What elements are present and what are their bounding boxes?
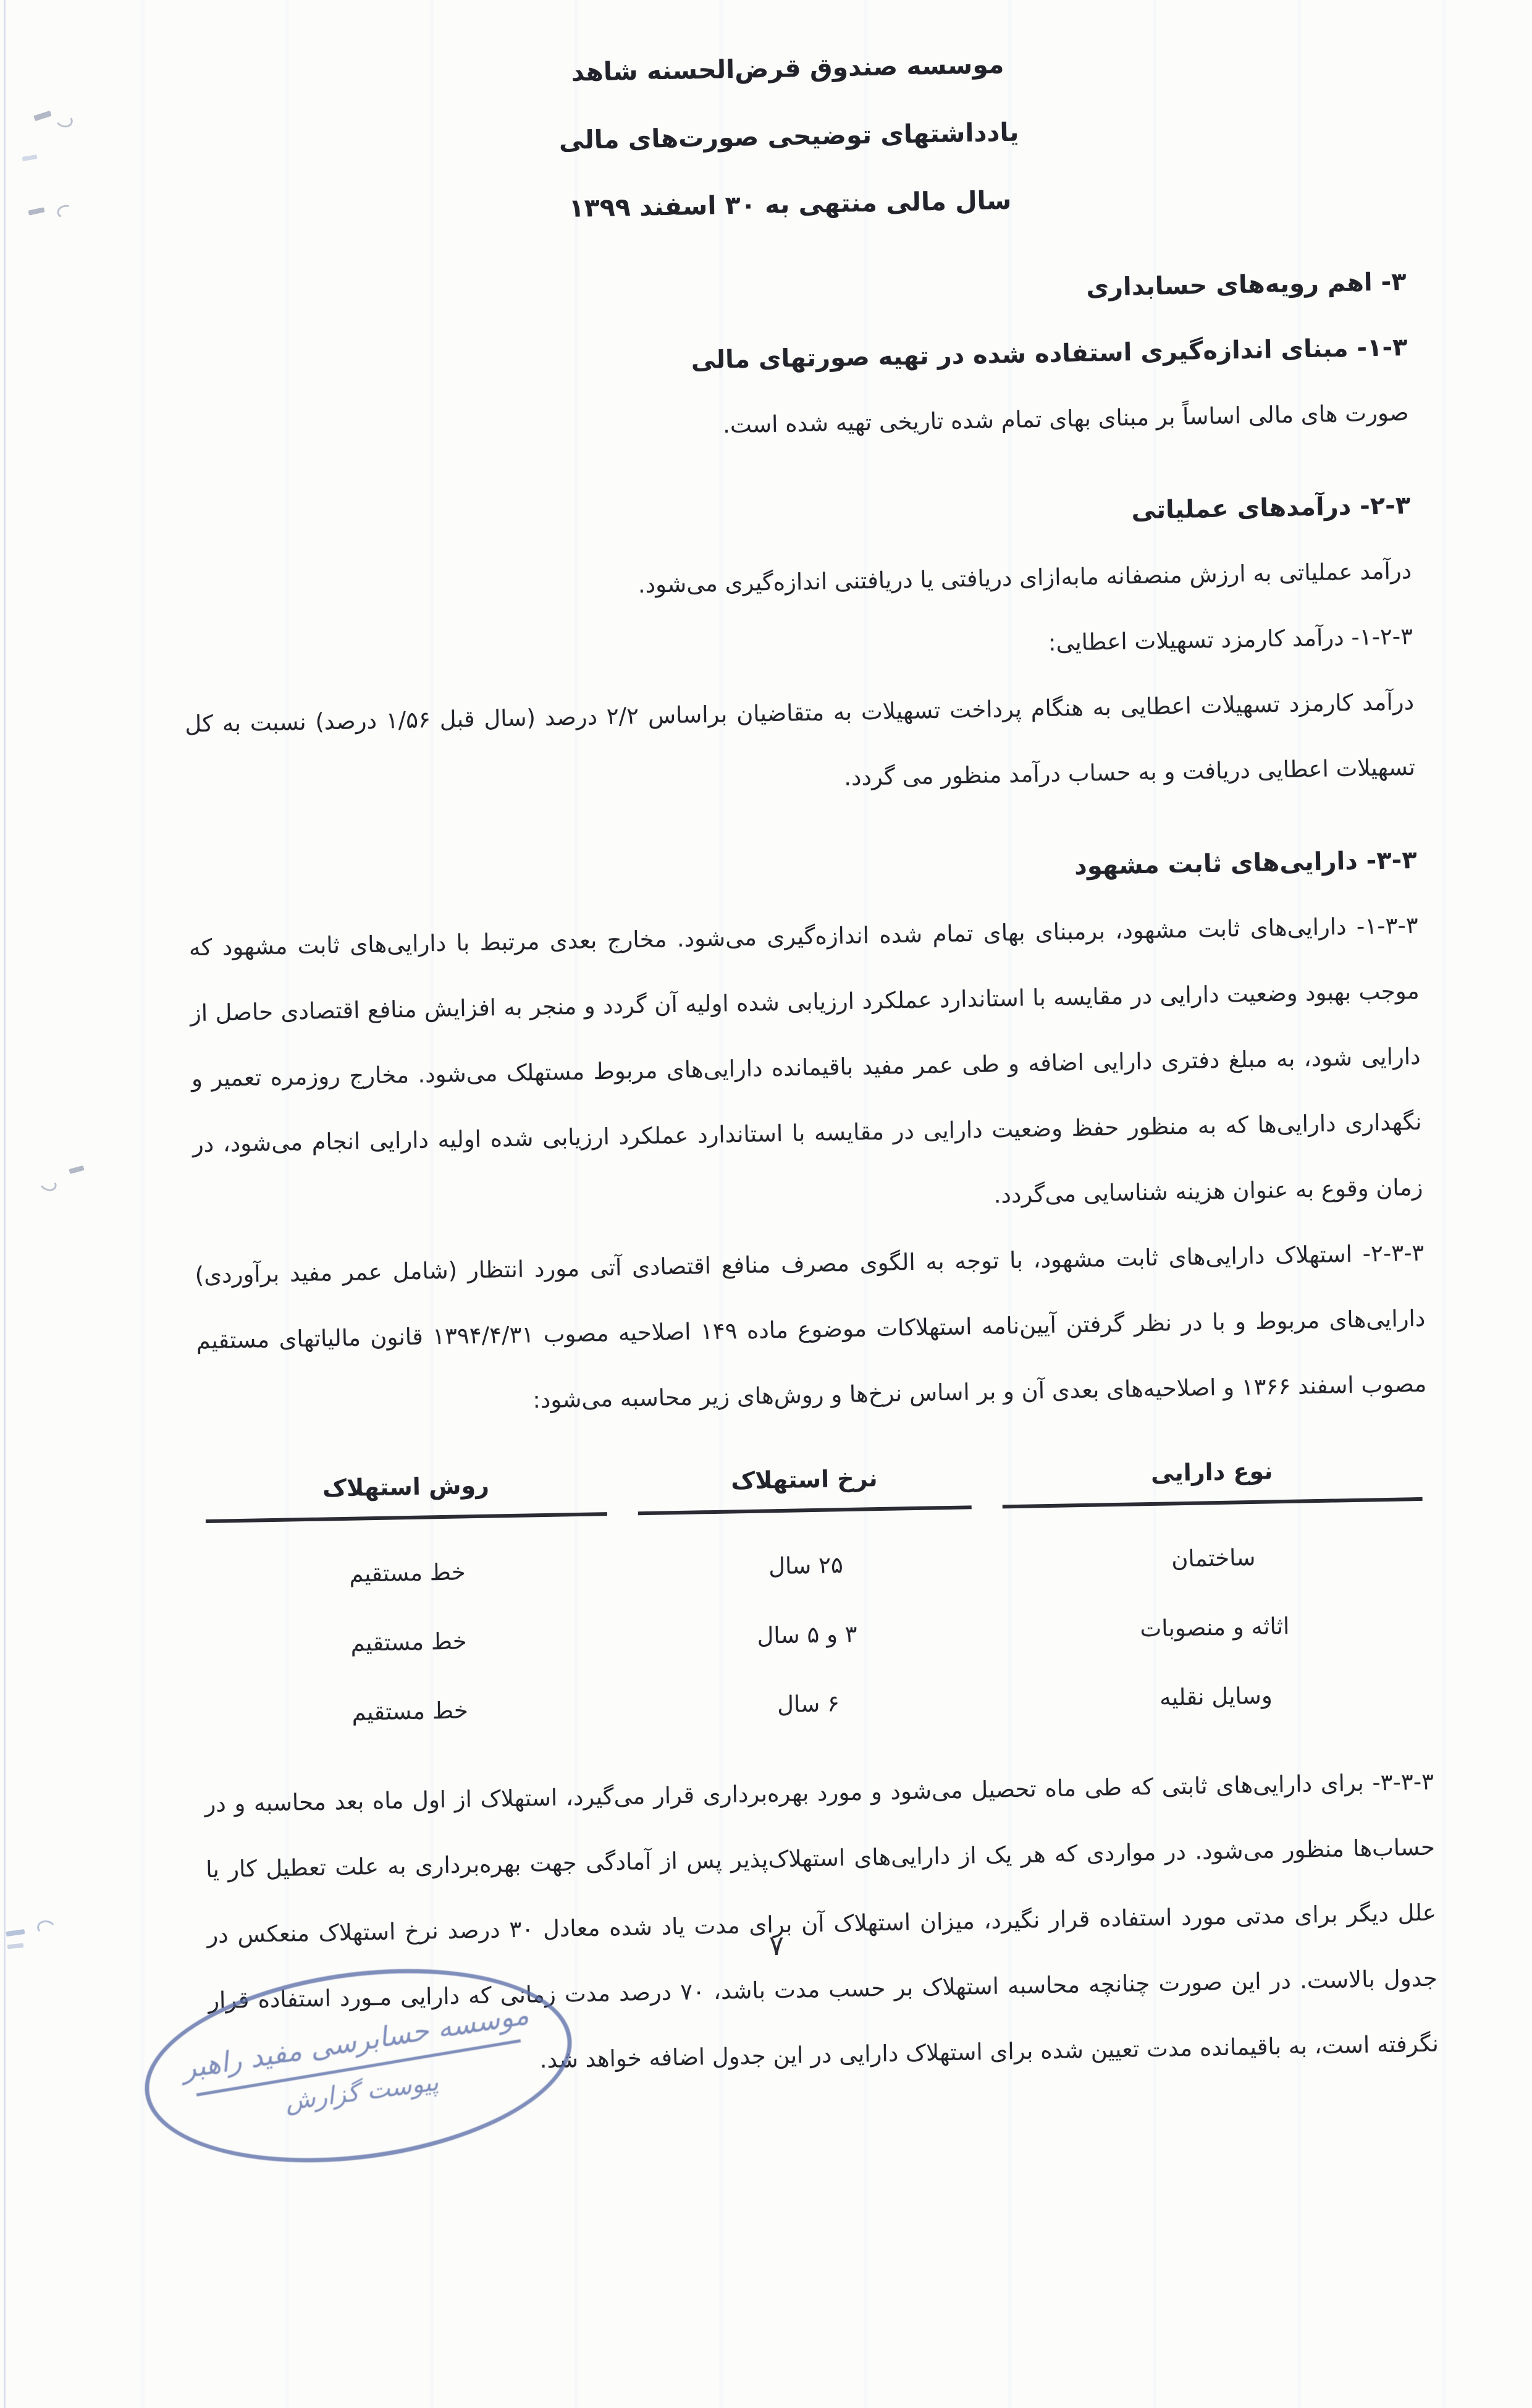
page-content: موسسه صندوق قرض‌الحسنه شاهد یادداشتهای ت… xyxy=(0,0,1532,2102)
asset-type-cell: اثاثه و منصوبات xyxy=(1004,1608,1425,1647)
table-header-depreciation-method: روش استهلاک xyxy=(205,1468,607,1523)
depreciation-table: نوع دارایی نرخ استهلاک روش استهلاک ساختم… xyxy=(205,1453,1426,1731)
table-row: ساختمان ۲۵ سال خط مستقیم xyxy=(206,1539,1424,1592)
scan-artifact xyxy=(6,1929,25,1937)
document-page: موسسه صندوق قرض‌الحسنه شاهد یادداشتهای ت… xyxy=(0,0,1532,2408)
table-row: اثاثه و منصوبات ۳ و ۵ سال خط مستقیم xyxy=(208,1608,1425,1662)
depreciation-method-cell: خط مستقیم xyxy=(209,1692,611,1731)
document-header: موسسه صندوق قرض‌الحسنه شاهد یادداشتهای ت… xyxy=(172,23,1405,249)
scan-edge-line xyxy=(4,0,6,2408)
stamp-text-top: موسسه حسابرسی مفید راهبر xyxy=(180,1998,531,2085)
depreciation-rate-cell: ۶ سال xyxy=(641,1686,975,1723)
scan-artifact xyxy=(7,1943,24,1950)
asset-type-cell: وسایل نقلیه xyxy=(1006,1678,1426,1716)
table-header-row: نوع دارایی نرخ استهلاک روش استهلاک xyxy=(205,1453,1423,1523)
depreciation-method-cell: خط مستقیم xyxy=(206,1554,608,1592)
section-3-2-1-body: درآمد کارمزد تسهیلات اعطایی به هنگام پرد… xyxy=(184,669,1416,822)
section-3-3-1-body: ۱-۳-۳- دارایی‌های ثابت مشهود، برمبنای به… xyxy=(188,893,1423,1243)
table-header-depreciation-rate: نرخ استهلاک xyxy=(637,1461,971,1515)
table-header-asset-type: نوع دارایی xyxy=(1001,1453,1422,1508)
asset-type-cell: ساختمان xyxy=(1003,1539,1424,1578)
depreciation-rate-cell: ۲۵ سال xyxy=(639,1547,973,1584)
depreciation-method-cell: خط مستقیم xyxy=(208,1623,610,1662)
page-number: ۷ xyxy=(736,1929,817,1962)
depreciation-rate-cell: ۳ و ۵ سال xyxy=(640,1616,974,1654)
table-row: وسایل نقلیه ۶ سال خط مستقیم xyxy=(209,1678,1426,1731)
section-3-3-2-body: ۲-۳-۳- استهلاک دارایی‌های ثابت مشهود، با… xyxy=(195,1220,1427,1439)
